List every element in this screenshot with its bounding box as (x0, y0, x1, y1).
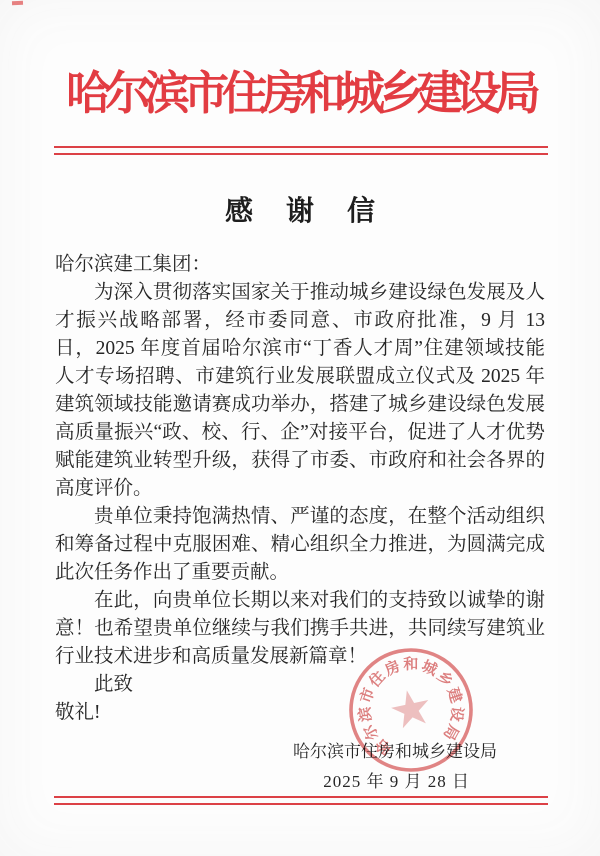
svg-text:和: 和 (403, 655, 418, 673)
svg-text:局: 局 (440, 721, 462, 742)
paragraph-2: 贵单位秉持饱满热情、严谨的态度，在整个活动组织和筹备过程中克服困难、精心组织全力… (55, 503, 545, 587)
seal-group: 哈尔滨市住房和城乡建设局 (344, 643, 478, 777)
official-seal: 哈尔滨市住房和城乡建设局 (344, 643, 478, 777)
seal-star (388, 686, 433, 729)
paragraph-1: 为深入贯彻落实国家关于推动城乡建设绿色发展及人才振兴战略部署，经市委同意、市政府… (55, 279, 545, 503)
document-title: 感 谢 信 (0, 197, 600, 227)
letterhead-title: 哈尔滨市住房和城乡建设局 (0, 0, 600, 122)
signature-date: 2025 年 9 月 28 日 (0, 767, 600, 797)
signature-block: 哈尔滨市住房和城乡建设局 2025 年 9 月 28 日 (0, 737, 600, 797)
footer-rule (54, 796, 548, 805)
svg-text:设: 设 (447, 706, 466, 723)
header-rule (54, 146, 548, 155)
salutation: 哈尔滨建工集团： (55, 251, 545, 279)
signature-organization: 哈尔滨市住房和城乡建设局 (0, 737, 600, 767)
svg-text:滨: 滨 (356, 706, 375, 724)
scan-artifact-mark (12, 1, 23, 5)
svg-text:建: 建 (444, 686, 465, 706)
letter-page: 哈尔滨市住房和城乡建设局 感 谢 信 哈尔滨建工集团： 为深入贯彻落实国家关于推… (0, 0, 600, 856)
svg-text:尔: 尔 (359, 721, 382, 743)
